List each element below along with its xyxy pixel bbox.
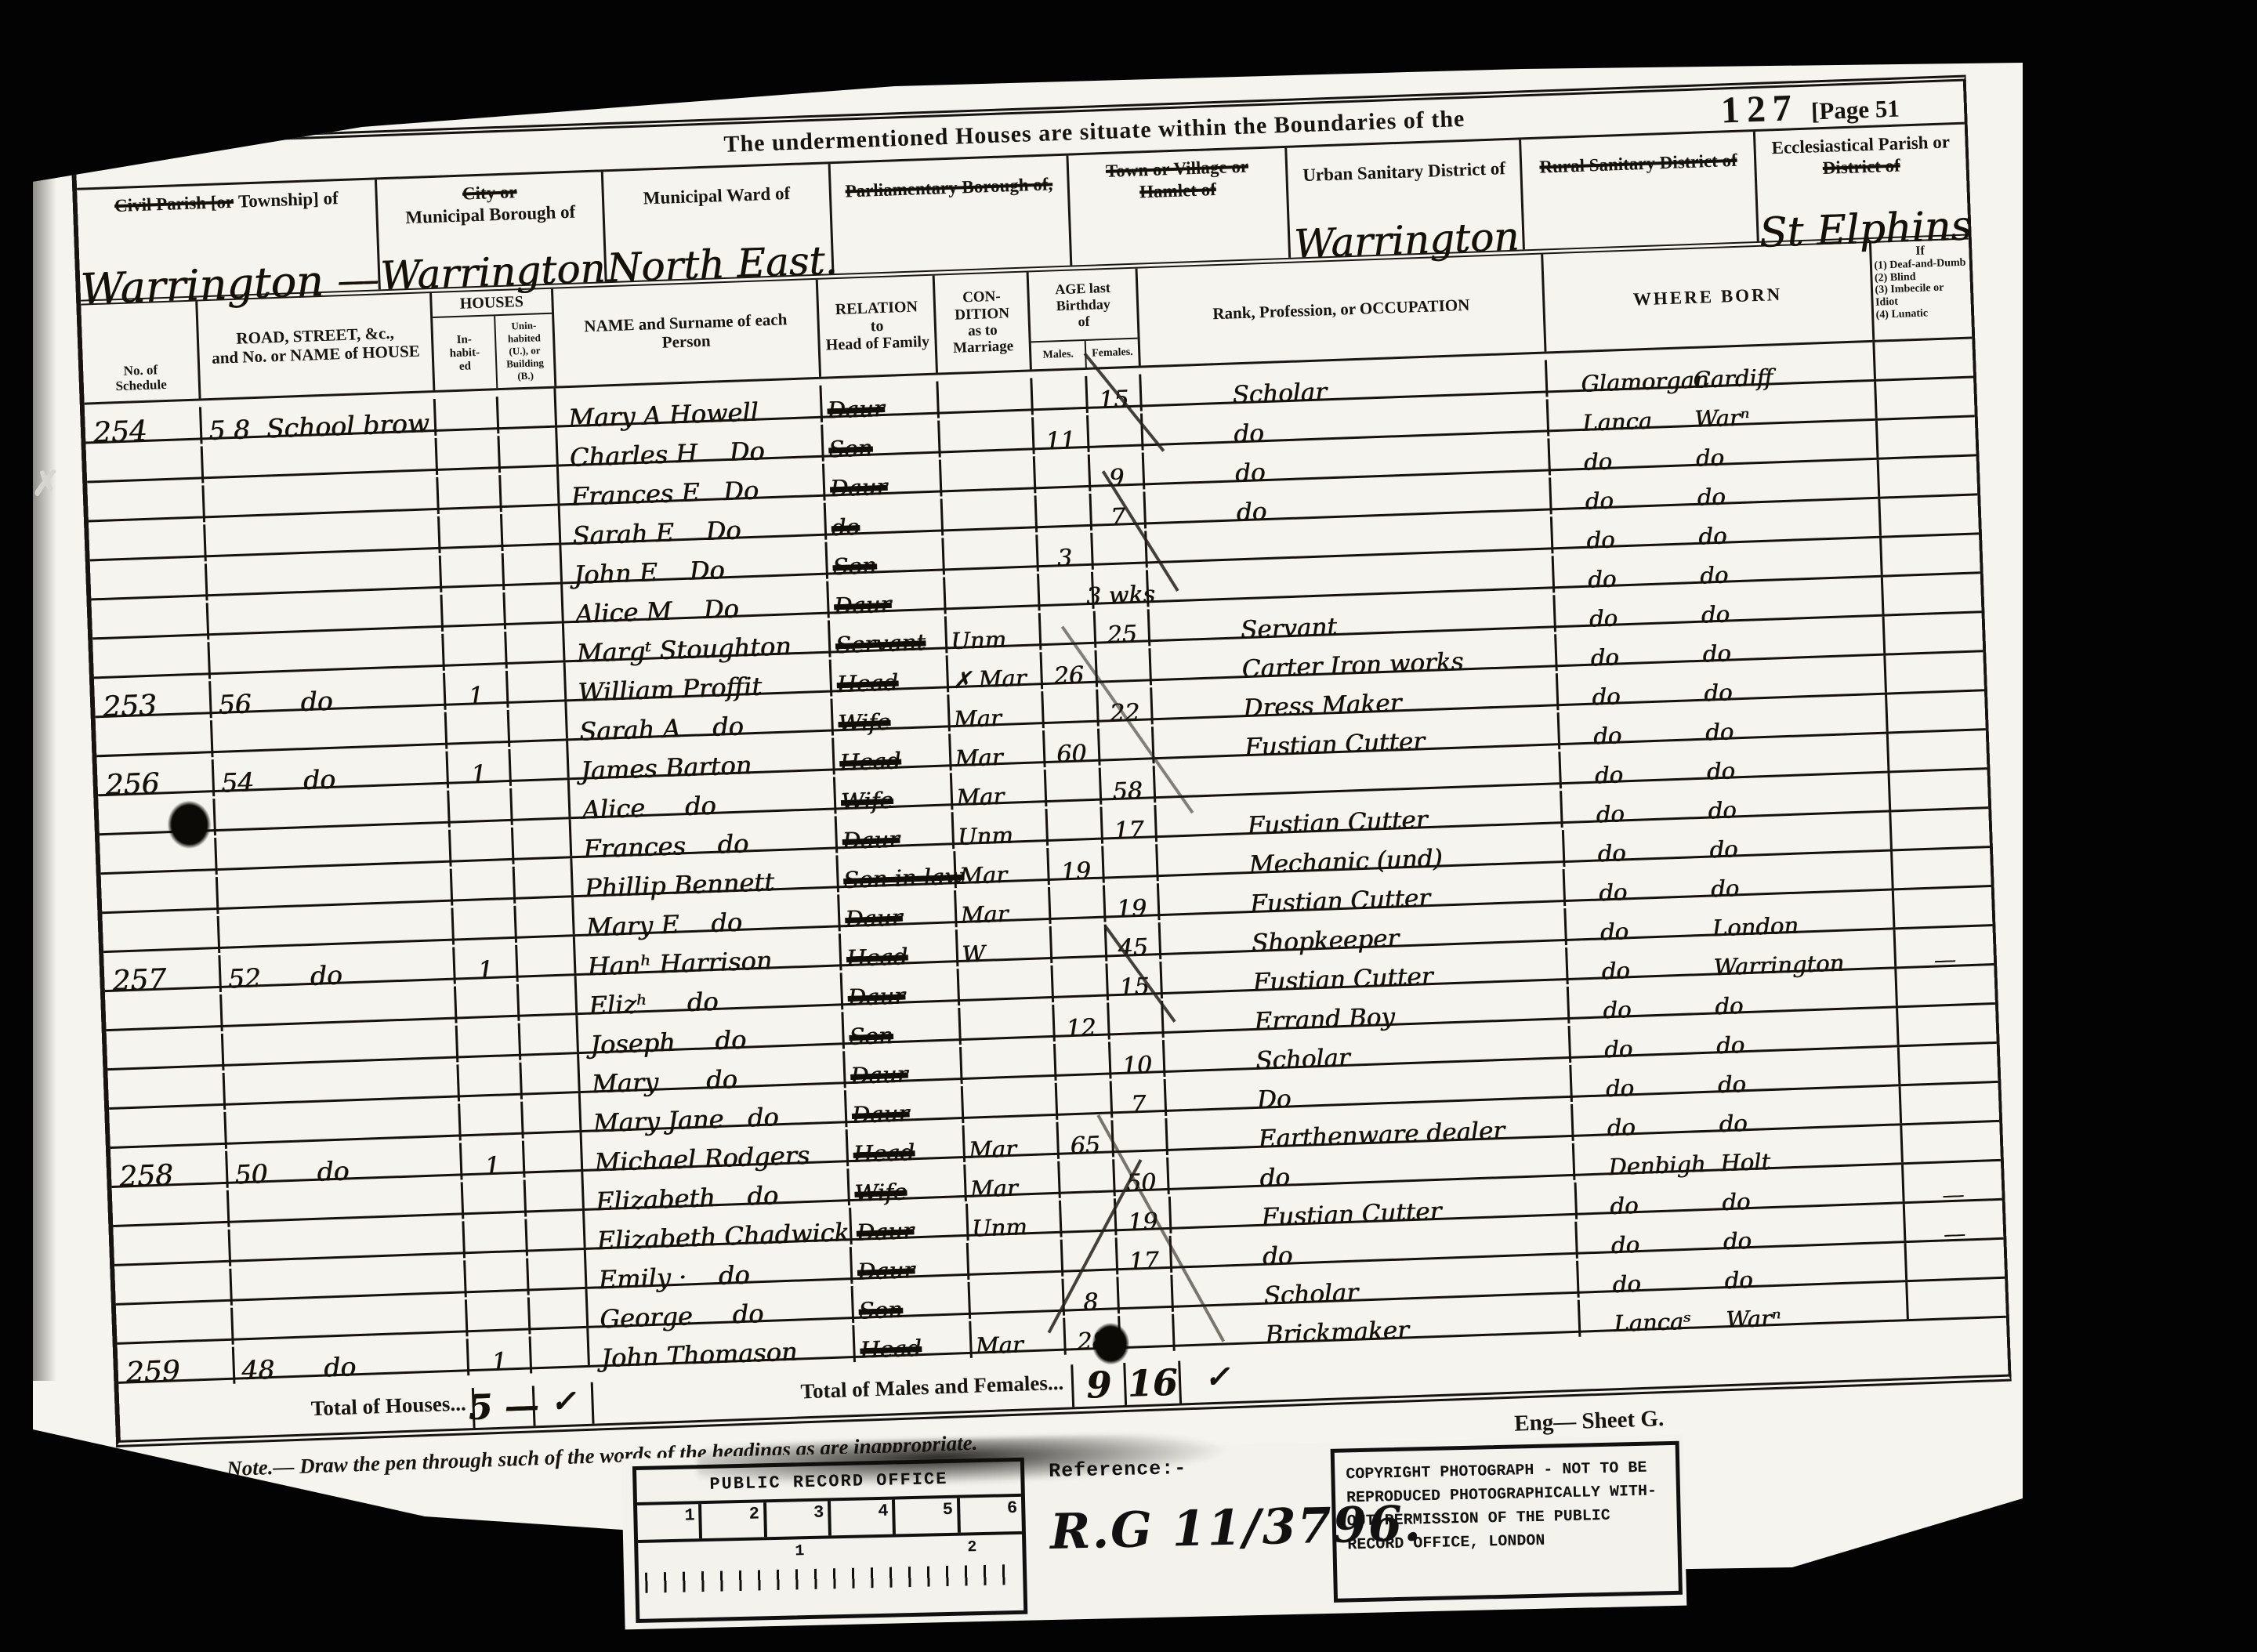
urban-sanitary-value: Warrington [1290, 213, 1523, 266]
schedule-cell [114, 1230, 232, 1270]
inhabited-cell [460, 1102, 523, 1141]
district-label: Civil Parish [or [112, 192, 237, 216]
ruler-number: 1 [637, 1504, 702, 1540]
disability-cell [1883, 580, 1982, 620]
age-male-cell: 60 [1045, 729, 1100, 767]
age-female-cell [1092, 531, 1148, 569]
age-female-cell: 3 wks [1093, 570, 1150, 608]
inhabited-cell [443, 592, 506, 632]
col-header-uninhabited: Unin- habited (U.), or Building (B.) [495, 314, 554, 388]
age-male-cell [1041, 611, 1096, 650]
condition-cell: Mar [951, 730, 1045, 770]
age-male-cell [1032, 376, 1088, 415]
folio-box: 127 [Page 51 [1720, 80, 1965, 132]
uninhabited-cell [525, 1172, 585, 1211]
relation-cell: Daur [839, 890, 958, 931]
schedule-cell [88, 485, 206, 526]
schedule-cell [90, 563, 208, 604]
uninhabited-cell [523, 1093, 582, 1132]
schedule-cell [93, 642, 212, 683]
inhabited-cell [441, 553, 505, 592]
disability-cell [1882, 541, 1980, 581]
census-rows: 254 5 8 School brow Mary A Howell Daur 1… [85, 339, 2006, 1383]
total-males-value: 9 [1071, 1363, 1127, 1407]
schedule-cell [109, 1112, 227, 1153]
age-male-cell [1052, 963, 1108, 1002]
uninhabited-cell [503, 545, 563, 584]
disability-cell: — [1904, 1168, 2002, 1208]
age-male-cell: 3 [1038, 533, 1093, 571]
inhabited-cell [451, 828, 514, 867]
condition-cell [943, 495, 1038, 535]
district-civil-parish: Civil Parish [orTownship] of Warrington … [77, 179, 381, 299]
disability-cell [1898, 1011, 1997, 1051]
district-municipal-ward: Municipal Ward of North East. [603, 164, 834, 281]
condition-cell: Mar [955, 848, 1050, 888]
disability-cell [1880, 502, 1979, 542]
uninhabited-cell [523, 1132, 583, 1172]
age-male-cell [1056, 1042, 1111, 1080]
age-female-cell: 17 [1102, 805, 1157, 843]
disability-cell [1900, 1089, 1999, 1129]
disability-cell [1889, 737, 1987, 777]
condition-cell [944, 534, 1039, 574]
age-female-cell: 25 [1095, 609, 1150, 647]
total-females-value: 16 [1125, 1361, 1182, 1405]
district-label: Hamlet of [1137, 179, 1219, 202]
ecclesiastical-parish-value: St Elphins [1759, 203, 1969, 257]
relation-cell: Son [823, 420, 941, 461]
disability-cell [1884, 619, 1983, 659]
col-header-where-born: WHERE BORN [1543, 243, 1874, 352]
census-sheet-paper: The undermentioned Houses are situate wi… [33, 49, 2023, 1578]
relation-cell: Daur [851, 1204, 969, 1244]
uninhabited-cell [527, 1211, 586, 1250]
condition-cell: ✗ Mar [948, 652, 1043, 692]
relation-cell: Daur [842, 969, 961, 1009]
col-header-males: Males. [1031, 341, 1087, 369]
relation-cell: Son [853, 1282, 972, 1323]
disability-cell [1889, 776, 1988, 816]
census-scan-page: The undermentioned Houses are situate wi… [0, 0, 2257, 1652]
inhabited-cell [454, 906, 517, 945]
uninhabited-cell [529, 1289, 589, 1328]
disability-cell: — [1895, 933, 1994, 973]
schedule-cell [108, 1073, 226, 1114]
relation-cell: Wife [835, 773, 954, 813]
inhabited-cell [436, 397, 499, 436]
ruler-number: 2 [701, 1502, 766, 1538]
uninhabited-cell [507, 662, 567, 701]
uninhabited-cell [521, 1054, 581, 1093]
uninhabited-cell [512, 780, 571, 819]
age-male-cell [1057, 1081, 1113, 1119]
age-male-cell [1036, 494, 1092, 532]
col-header-relation: RELATION to Head of Family [818, 276, 939, 377]
disability-cell [1893, 854, 1991, 894]
relation-cell: Head [848, 1125, 966, 1166]
schedule-cell: 256 [97, 759, 216, 800]
age-female-cell: 10 [1110, 1040, 1165, 1078]
total-houses-label: Total of Houses... [119, 1391, 473, 1440]
district-municipal-borough: City orMunicipal Borough of Warrington [377, 172, 607, 289]
ruler-number: 6 [960, 1497, 1022, 1533]
age-female-cell: 58 [1100, 766, 1156, 804]
relation-cell: Head [831, 655, 950, 696]
uninhabited-cell [498, 389, 557, 428]
copyright-notice: COPYRIGHT PHOTOGRAPH - NOT TO BE REPRODU… [1331, 1441, 1683, 1603]
relation-cell: Head [854, 1321, 973, 1362]
age-male-cell [1052, 924, 1107, 962]
district-urban-sanitary: Urban Sanitary District of Warrington [1287, 139, 1525, 257]
schedule-cell [103, 916, 221, 957]
total-houses-value: 5 — [472, 1386, 536, 1428]
schedule-cell: 253 [94, 681, 212, 722]
age-male-cell: 11 [1034, 415, 1089, 454]
disability-cell [1878, 462, 1977, 502]
municipal-ward-value: North East. [606, 237, 831, 291]
disability-cell [1891, 815, 1990, 855]
col-header-name: NAME and Surname of each Person [552, 280, 821, 386]
age-female-cell [1113, 1118, 1168, 1157]
age-female-cell [1103, 844, 1159, 882]
margin-x-mark: ✗ [31, 464, 60, 504]
uninhabited-cell [499, 428, 559, 467]
age-female-cell [1109, 1001, 1165, 1039]
condition-cell [962, 1044, 1056, 1084]
page-label: [Page 51 [1810, 94, 1900, 125]
relation-cell: Son in law [838, 851, 957, 892]
census-sheet: The undermentioned Houses are situate wi… [71, 75, 2012, 1447]
relation-cell: Head [834, 734, 952, 774]
age-female-cell: 7 [1111, 1079, 1167, 1118]
condition-cell [970, 1279, 1065, 1319]
district-label: Parliamentary Borough of, [842, 174, 1055, 201]
schedule-cell: 257 [103, 955, 222, 996]
condition-cell [963, 1083, 1058, 1123]
relation-cell: Son [827, 538, 945, 578]
condition-cell [969, 1240, 1063, 1280]
schedule-cell [92, 603, 210, 643]
ruler-number: 4 [831, 1499, 896, 1535]
district-label: District of [1820, 155, 1903, 178]
relation-cell: Servant [830, 616, 948, 657]
condition-cell [941, 456, 1036, 496]
uninhabited-cell [518, 976, 578, 1015]
col-header-road: ROAD, STREET, &c., and No. or NAME of HO… [198, 293, 436, 398]
col-header-inhabited: In- habit- ed [433, 316, 498, 390]
total-houses-check: ✓ [534, 1382, 595, 1426]
district-label: Rural Sanitary District of [1537, 150, 1740, 177]
ruler-number: 5 [895, 1498, 960, 1534]
disability-cell [1902, 1129, 2001, 1168]
col-header-condition: CON- DITION as to Marriage [935, 272, 1032, 372]
reference-value: R.G 11/3796. [1049, 1497, 1325, 1560]
district-label: Municipal Borough of [403, 201, 578, 227]
civil-parish-value: Warrington — [80, 254, 379, 313]
title-spacer [76, 154, 468, 167]
condition-cell: Mar [966, 1161, 1061, 1201]
relation-cell: Son [843, 1008, 962, 1049]
inhabited-cell [440, 514, 503, 553]
disability-items: (1) Deaf-and-Dumb (2) Blind (3) Imbecile… [1874, 257, 1969, 321]
age-female-cell [1118, 1275, 1174, 1313]
ruler-number: 2 [967, 1538, 977, 1556]
born-county: Glamorgan [1548, 369, 1694, 397]
inhabited-cell [466, 1258, 529, 1297]
inhabited-cell [464, 1219, 527, 1259]
age-male-cell: 26 [1042, 650, 1097, 689]
schedule-cell [107, 1034, 225, 1074]
total-males-females-label: Total of Males and Females... [593, 1370, 1072, 1423]
disability-cell [1897, 972, 1995, 1012]
col-header-houses: HOUSES In- habit- ed Unin- habited (U.),… [432, 289, 556, 390]
relation-cell: Wife [849, 1165, 967, 1205]
condition-cell [945, 574, 1040, 614]
inhabited-cell [444, 632, 507, 671]
uninhabited-cell [531, 1328, 590, 1368]
age-female-cell [1096, 648, 1152, 687]
condition-cell [959, 965, 1054, 1005]
disability-cell: — [1905, 1207, 2004, 1247]
condition-cell [940, 417, 1034, 457]
relation-cell: Daur [824, 459, 943, 500]
schedule-cell [114, 1269, 233, 1310]
age-male-cell [1050, 886, 1106, 924]
age-title: AGE last Birthday of [1029, 269, 1138, 342]
paper-edge-shadow [33, 158, 56, 1381]
uninhabited-cell [520, 1015, 579, 1054]
municipal-borough-value: Warrington [379, 245, 605, 299]
schedule-cell [116, 1308, 234, 1349]
age-male-cell: 19 [1049, 846, 1104, 885]
col-header-disability: If (1) Deaf-and-Dumb (2) Blind (3) Imbec… [1871, 240, 1972, 340]
col-header-schedule: No. of Schedule [81, 301, 201, 402]
district-ecclesiastical-parish: Ecclesiastical Parish orDistrict of St E… [1755, 125, 1968, 241]
inhabited-cell [447, 710, 510, 749]
uninhabited-cell [516, 897, 575, 936]
age-male-cell [1060, 1159, 1115, 1197]
age-male-cell: 8 [1063, 1277, 1119, 1315]
schedule-cell [101, 877, 219, 918]
age-female-cell: 9 [1089, 452, 1145, 491]
disability-cell [1878, 423, 1976, 463]
district-parliamentary-borough: Parliamentary Borough of, [830, 156, 1072, 274]
age-male-cell: 12 [1054, 1002, 1110, 1041]
relation-cell: Daur [828, 577, 947, 618]
disability-cell [1906, 1246, 2005, 1286]
condition-cell: Mar [956, 887, 1051, 927]
inhabited-cell [437, 436, 501, 475]
schedule-cell [89, 524, 207, 565]
inhabited-cell: 1 [448, 749, 512, 788]
age-male-cell [1046, 768, 1102, 806]
schedule-cell [96, 720, 214, 761]
age-male-cell [1043, 690, 1099, 728]
ruler-tick-band [645, 1564, 1016, 1593]
inhabited-cell [452, 867, 516, 906]
age-female-cell: 19 [1104, 883, 1160, 922]
uninhabited-cell [501, 467, 560, 506]
relation-cell: Daur [845, 1047, 963, 1088]
schedule-cell [86, 446, 205, 487]
ruler-number: 3 [766, 1501, 831, 1537]
condition-cell: Mar [965, 1122, 1060, 1162]
condition-cell: Mar [950, 691, 1045, 731]
district-label: Town or Village or [1103, 156, 1252, 181]
ruler-ticks: 1 2 [638, 1534, 1023, 1598]
age-male-cell [1035, 455, 1091, 493]
born-county: Denbigh [1575, 1152, 1721, 1179]
uninhabited-cell [513, 819, 572, 858]
district-rural-sanitary: Rural Sanitary District of [1521, 132, 1759, 249]
ruler-number: 1 [795, 1542, 805, 1560]
inhabited-cell: 1 [469, 1336, 532, 1375]
disability-cell [1907, 1285, 2006, 1325]
schedule-cell [105, 994, 223, 1035]
folio-number: 127 [1720, 86, 1799, 132]
uninhabited-cell [517, 936, 577, 976]
schedule-cell: 259 [118, 1347, 236, 1388]
disability-cell [1887, 697, 1986, 737]
inhabited-cell [467, 1297, 531, 1336]
address-cell: 5 8 School brow [201, 399, 437, 444]
schedule-cell: 258 [110, 1151, 229, 1192]
sheet-label: Eng— Sheet G. [1514, 1406, 1665, 1437]
condition-cell [939, 378, 1034, 418]
condition-cell: Unm [947, 613, 1042, 653]
uninhabited-cell [528, 1250, 588, 1289]
relation-cell: Daur [846, 1086, 965, 1127]
relation-cell: Wife [832, 694, 951, 735]
age-male-cell [1047, 807, 1103, 846]
district-label: Township] of [236, 188, 341, 212]
uninhabited-cell [514, 858, 574, 897]
condition-cell: Unm [954, 809, 1049, 849]
uninhabited-cell [510, 741, 570, 780]
schedule-cell [112, 1190, 230, 1231]
disability-cell [1894, 893, 1993, 933]
uninhabited-cell [506, 623, 566, 662]
inhabited-cell: 1 [445, 671, 509, 710]
inhabited-cell: 1 [462, 1141, 525, 1180]
relation-cell: Daur [837, 812, 955, 853]
inhabited-cell [438, 475, 502, 514]
district-label: Municipal Ward of [640, 183, 792, 208]
uninhabited-cell [502, 505, 561, 545]
condition-cell: Mar [952, 770, 1047, 810]
census-form: The undermentioned Houses are situate wi… [71, 75, 2012, 1486]
district-label: Ecclesiastical Parish or [1769, 132, 1952, 158]
relation-cell: Daur [852, 1243, 970, 1284]
inhabited-cell [463, 1180, 527, 1219]
inhabited-cell [449, 788, 513, 828]
condition-cell [961, 1005, 1056, 1045]
disability-cell [1875, 345, 1973, 385]
inhabited-cell: 1 [455, 945, 518, 984]
uninhabited-cell [505, 584, 564, 623]
disability-cell [1900, 1050, 1998, 1090]
relation-cell: Daur [821, 382, 940, 422]
inhabited-cell [458, 1023, 521, 1063]
district-label: Urban Sanitary District of [1300, 158, 1508, 185]
district-label: City or [460, 182, 520, 204]
condition-cell: Unm [968, 1201, 1063, 1241]
inhabited-cell [456, 984, 520, 1023]
disability-cell [1876, 384, 1975, 424]
relation-cell: Head [841, 929, 959, 970]
district-town-village: Town or Village orHamlet of [1068, 148, 1291, 266]
condition-cell: W [958, 926, 1052, 966]
uninhabited-cell [509, 701, 568, 741]
age-female-cell: 17 [1117, 1236, 1172, 1274]
disability-cell [1886, 658, 1984, 698]
inhabited-cell [459, 1063, 523, 1102]
relation-cell: do [826, 498, 944, 539]
col-header-occupation: Rank, Profession, or OCCUPATION [1138, 254, 1547, 365]
schedule-cell: 254 [85, 407, 203, 447]
